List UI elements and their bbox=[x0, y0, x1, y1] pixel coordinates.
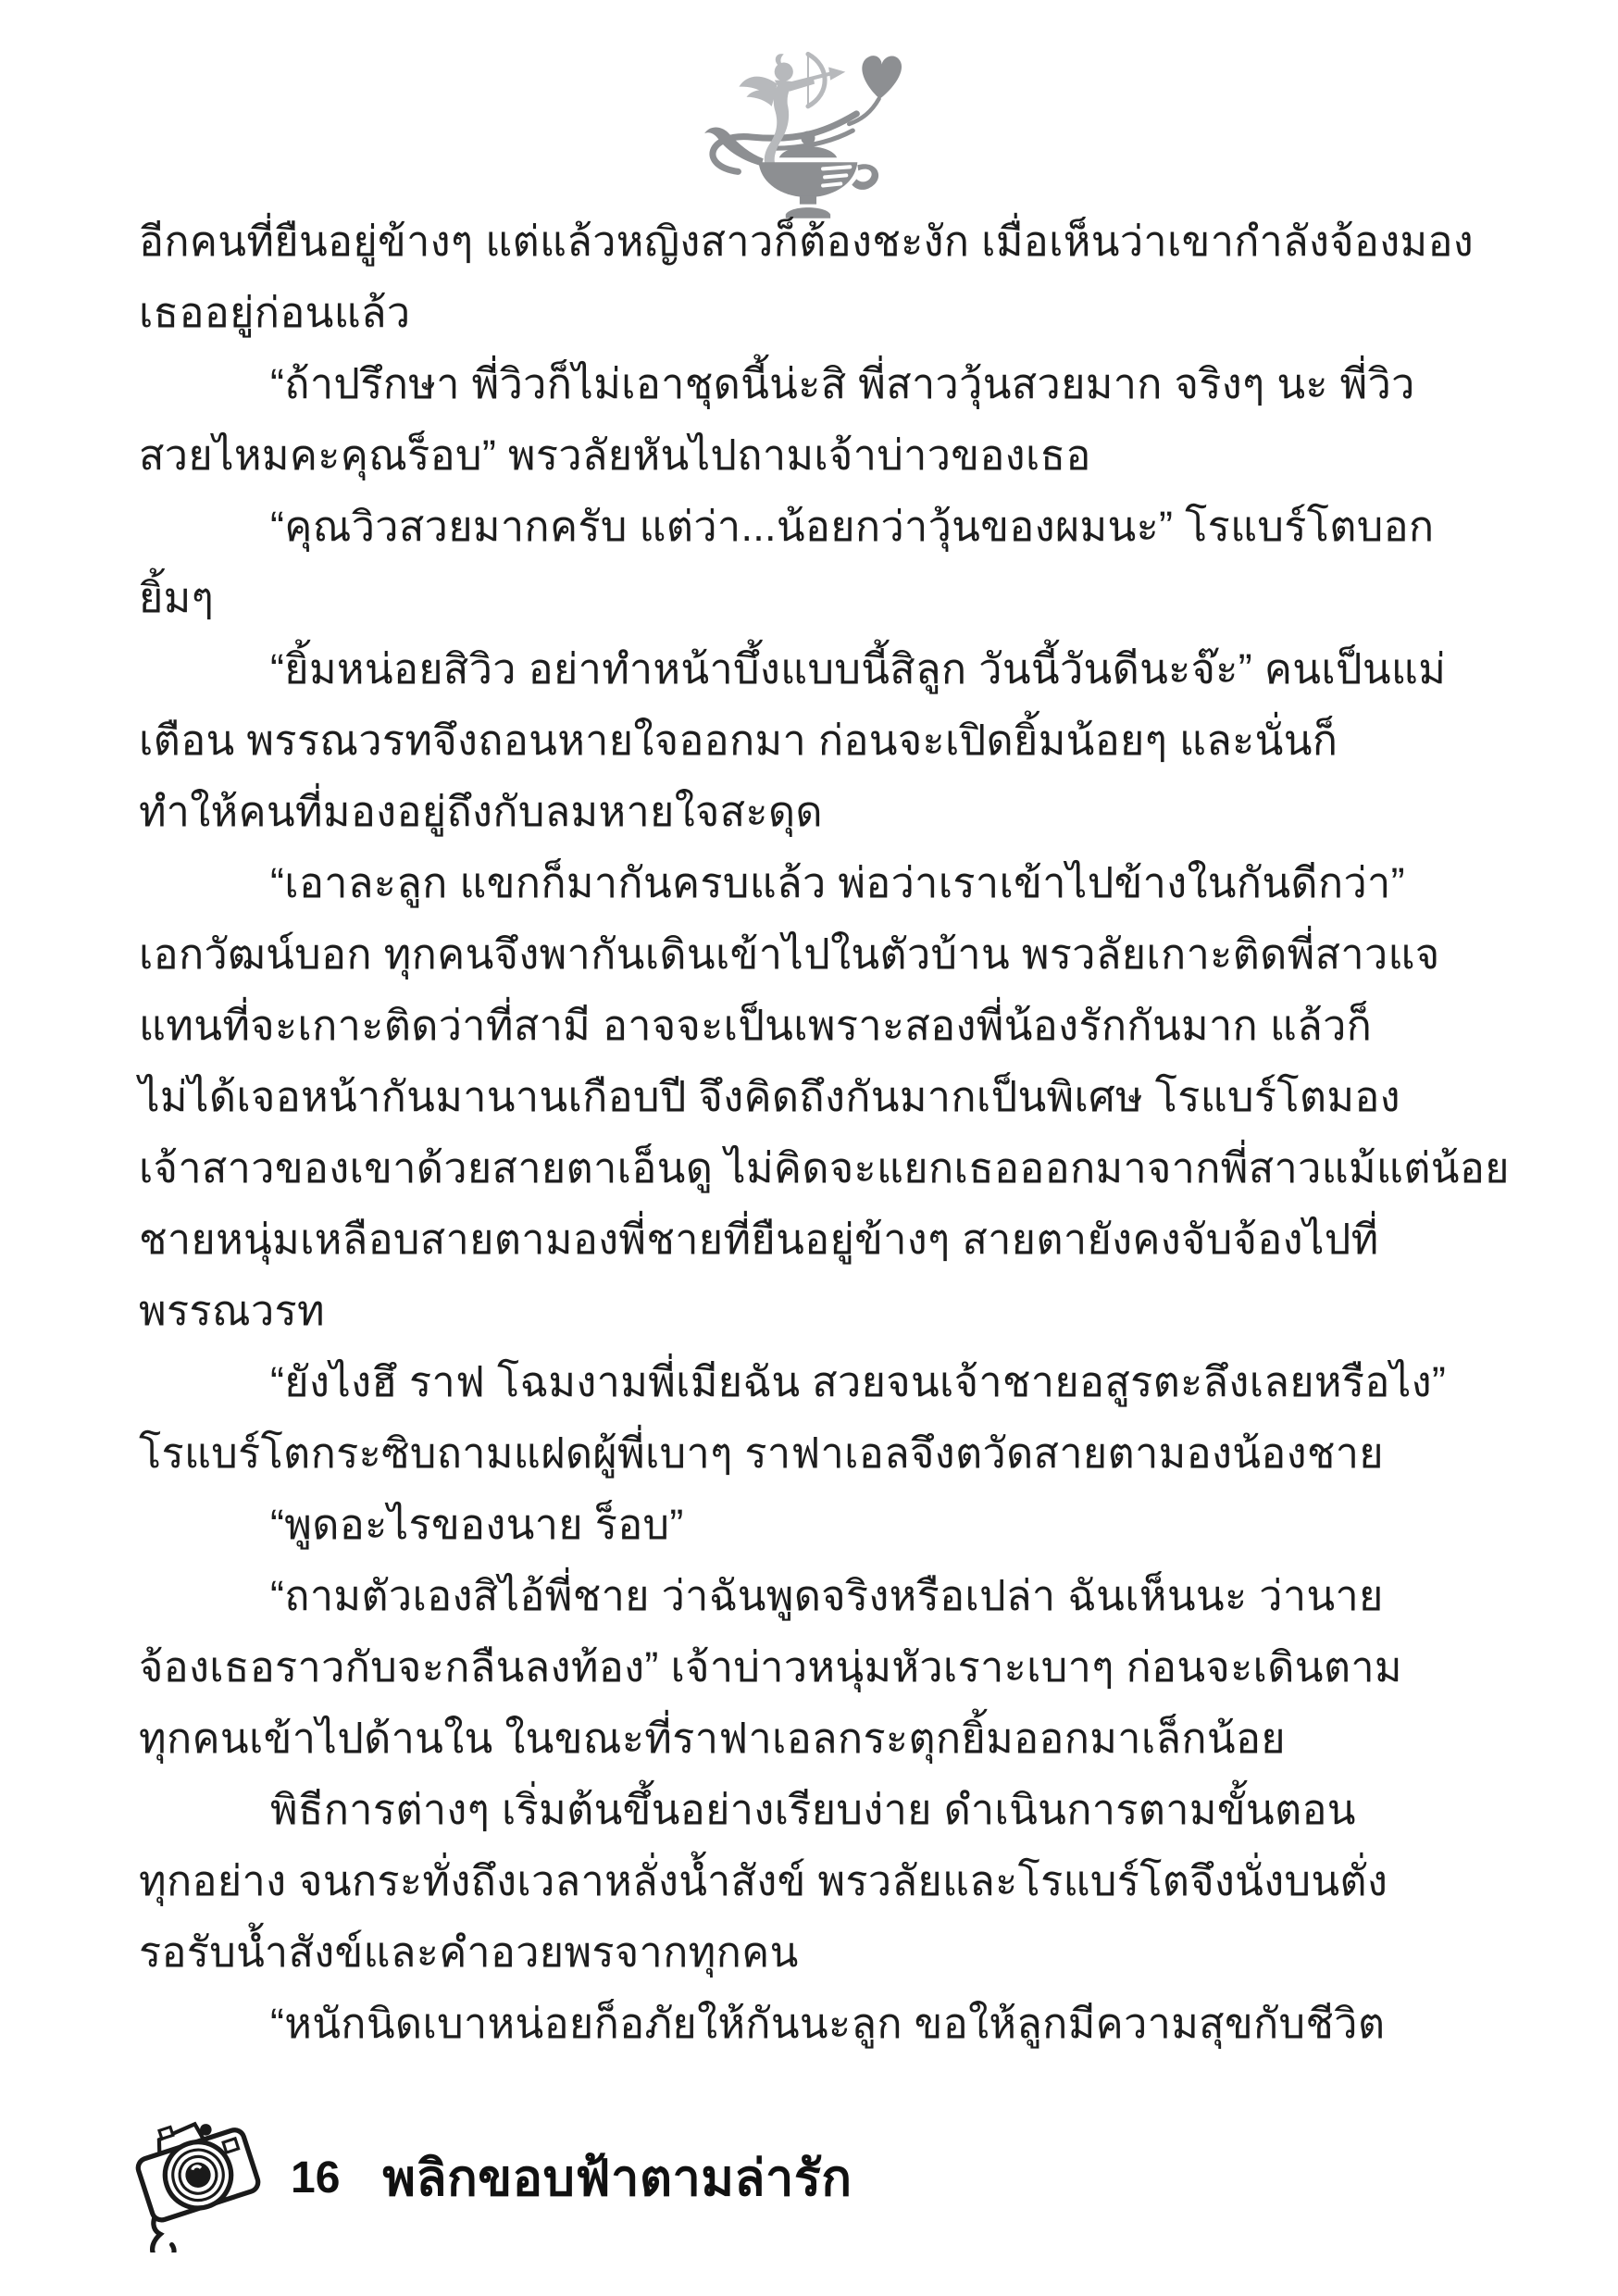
text-line: สวยไหมคะคุณร็อบ” พรวลัยหันไปถามเจ้าบ่าวข… bbox=[139, 419, 1527, 491]
text-line: พรรณวรท bbox=[139, 1275, 1527, 1346]
text-line: เตือน พรรณวรทจึงถอนหายใจออกมา ก่อนจะเปิด… bbox=[139, 705, 1527, 776]
text-line: ชายหนุ่มเหลือบสายตามองพี่ชายที่ยืนอยู่ข้… bbox=[139, 1204, 1527, 1275]
page-number: 16 bbox=[291, 2152, 340, 2203]
text-line: ทุกอย่าง จนกระทั่งถึงเวลาหลั่งน้ำสังข์ พ… bbox=[139, 1845, 1527, 1916]
text-line: เธออยู่ก่อนแล้ว bbox=[139, 277, 1527, 348]
text-line: “ยิ้มหน่อยสิวิว อย่าทำหน้าบึ้งแบบนี้สิลู… bbox=[139, 633, 1527, 705]
cupid-lamp-heart-emblem-icon bbox=[687, 33, 939, 220]
text-line: ทุกคนเข้าไปด้านใน ในขณะที่ราฟาเอลกระตุกย… bbox=[139, 1703, 1527, 1774]
text-line: อีกคนที่ยืนอยู่ข้างๆ แต่แล้วหญิงสาวก็ต้อ… bbox=[139, 206, 1527, 277]
text-line: จ้องเธอราวกับจะกลืนลงท้อง” เจ้าบ่าวหนุ่ม… bbox=[139, 1631, 1527, 1703]
page-footer: 16 พลิกขอบฟ้าตามล่ารัก bbox=[117, 2094, 853, 2261]
text-line: “คุณวิวสวยมากครับ แต่ว่า...น้อยกว่าวุ้นข… bbox=[139, 491, 1527, 562]
text-line: “ถ้าปรึกษา พี่วิวก็ไม่เอาชุดนี้น่ะสิ พี่… bbox=[139, 348, 1527, 419]
text-line: ทำให้คนที่มองอยู่ถึงกับลมหายใจสะดุด bbox=[139, 776, 1527, 847]
text-line: ยิ้มๆ bbox=[139, 562, 1527, 633]
text-line: เอกวัฒน์บอก ทุกคนจึงพากันเดินเข้าไปในตัว… bbox=[139, 918, 1527, 990]
camera-icon bbox=[117, 2097, 281, 2252]
text-line: รอรับน้ำสังข์และคำอวยพรจากทุกคน bbox=[139, 1916, 1527, 1988]
text-line: “เอาละลูก แขกก็มากันครบแล้ว พ่อว่าเราเข้… bbox=[139, 847, 1527, 918]
heart-icon bbox=[862, 56, 902, 99]
text-line: “ยังไงฮึ ราฟ โฉมงามพี่เมียฉัน สวยจนเจ้าช… bbox=[139, 1346, 1527, 1417]
text-line: พิธีการต่างๆ เริ่มต้นขึ้นอย่างเรียบง่าย … bbox=[139, 1774, 1527, 1845]
book-title: พลิกขอบฟ้าตามล่ารัก bbox=[382, 2138, 852, 2217]
text-line: แทนที่จะเกาะติดว่าที่สามี อาจจะเป็นเพราะ… bbox=[139, 990, 1527, 1061]
text-line: ไม่ได้เจอหน้ากันมานานเกือบปี จึงคิดถึงกั… bbox=[139, 1061, 1527, 1132]
text-line: โรแบร์โตกระซิบถามแฝดผู้พี่เบาๆ ราฟาเอลจึ… bbox=[139, 1417, 1527, 1489]
book-page: { "page": { "background_color": "#ffffff… bbox=[0, 0, 1618, 2296]
text-line: “ถามตัวเองสิไอ้พี่ชาย ว่าฉันพูดจริงหรือเ… bbox=[139, 1560, 1527, 1631]
text-line: เจ้าสาวของเขาด้วยสายตาเอ็นดู ไม่คิดจะแยก… bbox=[139, 1132, 1527, 1204]
text-line: “หนักนิดเบาหน่อยก็อภัยให้กันนะลูก ขอให้ล… bbox=[139, 1988, 1527, 2059]
page-text: อีกคนที่ยืนอยู่ข้างๆ แต่แล้วหญิงสาวก็ต้อ… bbox=[139, 206, 1527, 2059]
text-line: “พูดอะไรของนาย ร็อบ” bbox=[139, 1489, 1527, 1560]
page-background: อีกคนที่ยืนอยู่ข้างๆ แต่แล้วหญิงสาวก็ต้อ… bbox=[0, 0, 1618, 2296]
